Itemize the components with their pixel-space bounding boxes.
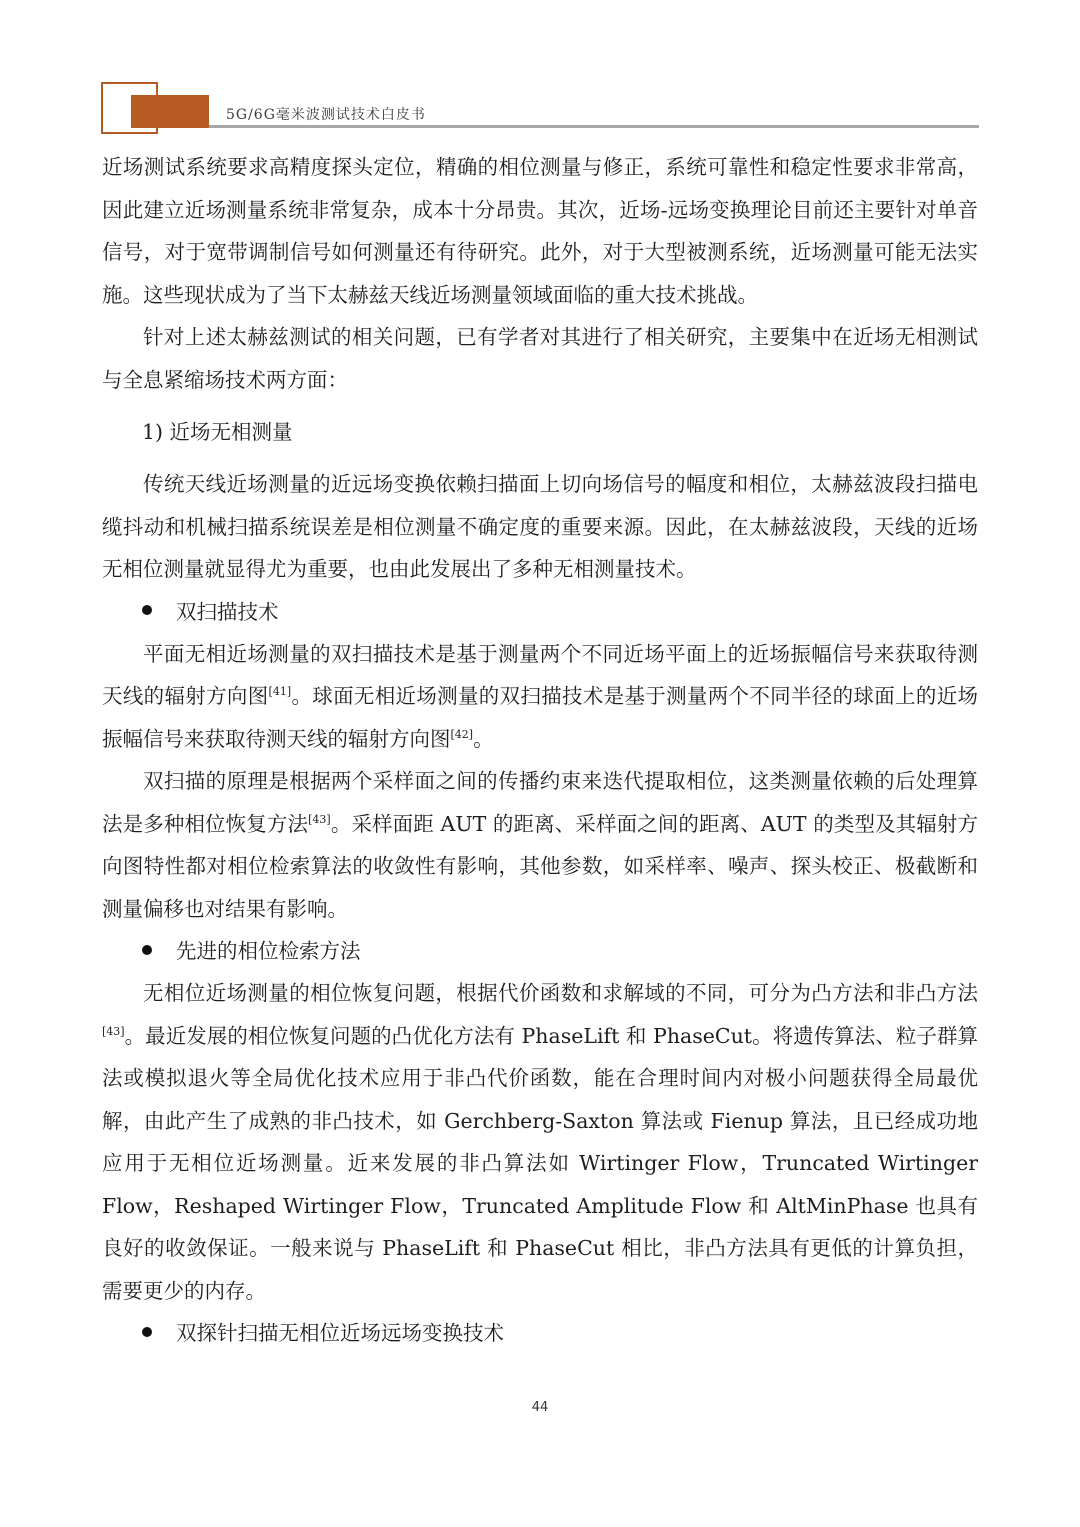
paragraph-1: 近场测试系统要求高精度探头定位，精确的相位测量与修正，系统可靠性和稳定性要求非常… [102,146,978,316]
bullet-label: 先进的相位检索方法 [176,939,361,963]
bullet-item-2: 先进的相位检索方法 [102,930,978,972]
bullet-icon [142,1327,152,1337]
paragraph-4: 平面无相近场测量的双扫描技术是基于测量两个不同近场平面上的近场振幅信号来获取待测… [102,633,978,761]
citation: [43] [102,1025,125,1038]
citation: [41] [269,685,292,698]
text: 无相位近场测量的相位恢复问题，根据代价函数和求解域的不同，可分为凸方法和非凸方法 [143,981,978,1005]
page-body: 近场测试系统要求高精度探头定位，精确的相位测量与修正，系统可靠性和稳定性要求非常… [102,146,978,1354]
citation: [42] [451,728,474,741]
page-number: 44 [0,1400,1080,1415]
bullet-item-1: 双扫描技术 [102,591,978,633]
header-rule [209,125,979,128]
paragraph-3: 传统天线近场测量的近远场变换依赖扫描面上切向场信号的幅度和相位，太赫兹波段扫描电… [102,463,978,591]
paragraph-6: 无相位近场测量的相位恢复问题，根据代价函数和求解域的不同，可分为凸方法和非凸方法… [102,972,978,1312]
text: 。 [473,727,494,751]
paragraph-2: 针对上述太赫兹测试的相关问题，已有学者对其进行了相关研究，主要集中在近场无相测试… [102,316,978,401]
header-logo-block [131,95,209,128]
bullet-icon [142,945,152,955]
bullet-label: 双探针扫描无相位近场远场变换技术 [176,1321,504,1345]
citation: [43] [308,813,331,826]
header-title: 5G/6G毫米波测试技术白皮书 [226,104,426,124]
bullet-item-3: 双探针扫描无相位近场远场变换技术 [102,1312,978,1354]
bullet-icon [142,605,152,615]
text: 。最近发展的相位恢复问题的凸优化方法有 PhaseLift 和 PhaseCut… [102,1024,978,1303]
paragraph-5: 双扫描的原理是根据两个采样面之间的传播约束来迭代提取相位，这类测量依赖的后处理算… [102,760,978,930]
bullet-label: 双扫描技术 [176,600,279,624]
section-heading-1: 1) 近场无相测量 [102,411,978,453]
